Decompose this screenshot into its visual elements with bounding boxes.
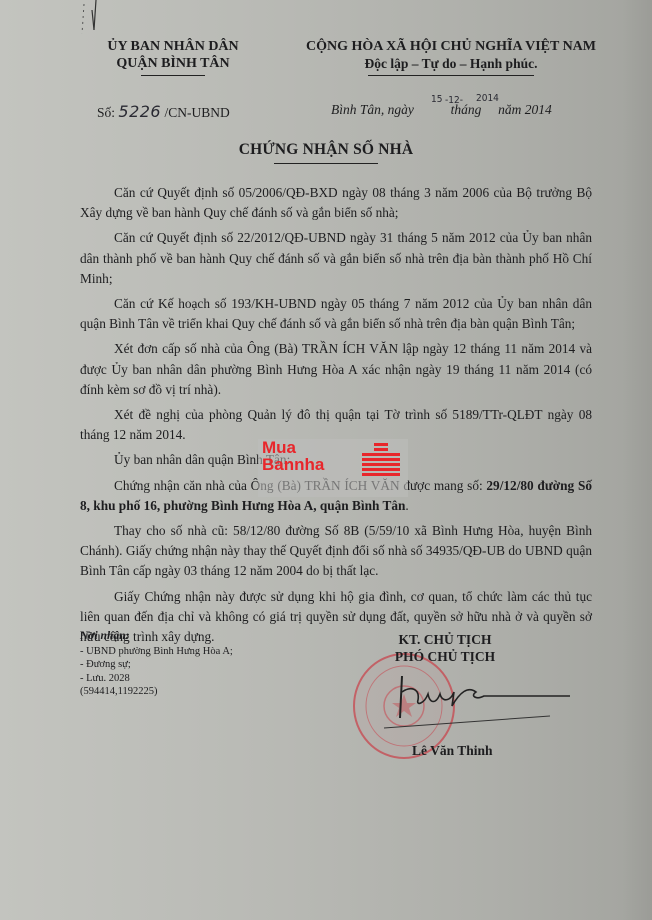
page-shadow [622, 0, 652, 920]
recipient-item: - Đương sự; [80, 658, 233, 671]
watermark-logo: Mua Bannha [258, 439, 408, 497]
recipient-item: (594414,1192225) [80, 685, 233, 698]
signer-name: Lê Văn Thinh [412, 743, 493, 759]
document-number: Số: 5226 /CN-UBND [97, 102, 230, 121]
date-year-label: năm 2014 [498, 102, 552, 117]
national-motto: CỘNG HÒA XÃ HỘI CHỦ NGHĨA VIỆT NAM Độc l… [276, 38, 626, 76]
number-prefix: Số: [97, 105, 115, 120]
paragraph-replacement: Thay cho số nhà cũ: 58/12/80 đường Số 8B… [80, 521, 592, 582]
nation-line-1: CỘNG HÒA XÃ HỘI CHỦ NGHĨA VIỆT NAM [276, 38, 626, 55]
building-logo-icon [360, 441, 402, 481]
recipients-block: Nơi nhận: - UBND phường Bình Hưng Hòa A;… [80, 630, 233, 698]
certification-end: . [405, 498, 408, 513]
document-title: CHỨNG NHẬN SỐ NHÀ [0, 141, 652, 164]
paragraph-application: Xét đơn cấp số nhà của Ông (Bà) TRẦN ÍCH… [80, 339, 592, 400]
date-prefix: Bình Tân, ngày [331, 102, 414, 117]
signature-line-1: KT. CHỦ TỊCH [360, 631, 530, 648]
nation-line-2: Độc lập – Tự do – Hạnh phúc. [276, 55, 626, 72]
recipients-heading: Nơi nhận: [80, 630, 233, 643]
recipient-item: - UBND phường Bình Hưng Hòa A; [80, 645, 233, 658]
date-year-handwritten: 2014 [476, 93, 499, 104]
motto-underline [368, 75, 534, 76]
signature-title: KT. CHỦ TỊCH PHÓ CHỦ TỊCH [360, 631, 530, 665]
number-suffix: /CN-UBND [164, 105, 229, 120]
issuing-agency: ỦY BAN NHÂN DÂN QUẬN BÌNH TÂN [88, 38, 258, 76]
paragraph-legal-basis-3: Căn cứ Kế hoạch số 193/KH-UBND ngày 05 t… [80, 294, 592, 334]
agency-line-2: QUẬN BÌNH TÂN [88, 55, 258, 72]
agency-line-1: ỦY BAN NHÂN DÂN [88, 38, 258, 55]
signature-line-2: PHÓ CHỦ TỊCH [360, 648, 530, 665]
agency-underline [141, 75, 205, 76]
date-day-handwritten: 15 [431, 94, 442, 105]
watermark-text: Mua Bannha [262, 439, 324, 473]
title-text: CHỨNG NHẬN SỐ NHÀ [0, 141, 652, 159]
paragraph-legal-basis-2: Căn cứ Quyết định số 22/2012/QĐ-UBND ngà… [80, 228, 592, 289]
watermark-line-1: Mua [262, 439, 324, 456]
handwritten-signature-icon [380, 670, 580, 730]
watermark-line-2: Bannha [262, 456, 324, 473]
fold-mark-icon [78, 0, 98, 34]
document-date: Bình Tân, ngày tháng năm 2014 15 -12- 20… [331, 102, 552, 118]
document-page: ỦY BAN NHÂN DÂN QUẬN BÌNH TÂN CỘNG HÒA X… [0, 0, 652, 920]
title-underline [274, 163, 378, 164]
number-handwritten: 5226 [118, 102, 161, 121]
recipient-item: - Lưu. 2028 [80, 672, 233, 685]
date-month-handwritten: -12- [445, 95, 463, 106]
document-body: Căn cứ Quyết định số 05/2006/QĐ-BXD ngày… [80, 183, 592, 652]
paragraph-legal-basis-1: Căn cứ Quyết định số 05/2006/QĐ-BXD ngày… [80, 183, 592, 223]
